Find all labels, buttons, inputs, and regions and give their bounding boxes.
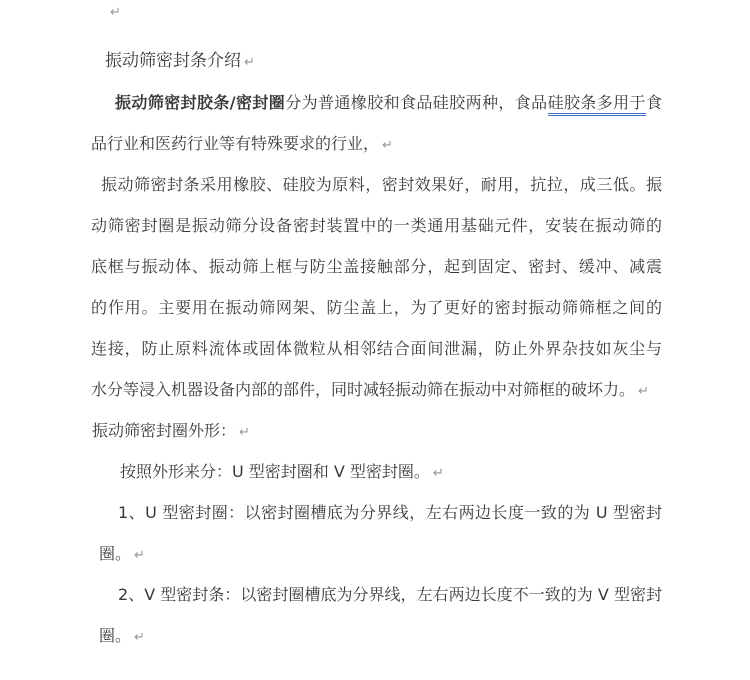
text-segment: 食 <box>646 93 662 112</box>
text-line-empty-line-0: ↵ <box>91 0 662 41</box>
text-line-body-description-5: 水分等浸入机器设备内部的部件，同时减轻振动筛在振动中对筛框的破坏力。↵ <box>91 369 662 410</box>
text-segment: 底框与振动体、振动筛上框与防尘盖接触部分，起到固定、密封、缓冲、减震 <box>91 257 662 276</box>
paragraph-mark-icon: ↵ <box>134 630 145 645</box>
paragraph-mark-icon: ↵ <box>638 384 649 399</box>
text-line-body-description-0: 振动筛密封条采用橡胶、硅胶为原料，密封效果好，耐用，抗拉，成三低。振 <box>91 164 662 205</box>
text-line-shape-classification-0: 按照外形来分：U 型密封圈和 V 型密封圈。↵ <box>91 451 662 492</box>
paragraph-mark-icon: ↵ <box>134 548 145 563</box>
text-line-v-type-1: 圈。↵ <box>91 615 662 656</box>
text-segment: 振动筛密封条介绍 <box>105 51 241 71</box>
text-line-u-type-1: 圈。↵ <box>91 533 662 574</box>
text-line-v-type-0: 2、V 型密封条：以密封圈槽底为分界线，左右两边长度不一致的为 V 型密封 <box>91 574 662 615</box>
text-segment: 振动筛密封条采用橡胶、硅胶为原料，密封效果好，耐用，抗拉，成三低。振 <box>101 175 662 194</box>
paragraph-mark-icon: ↵ <box>433 466 444 481</box>
text-segment: 按照外形来分：U 型密封圈和 V 型密封圈。 <box>120 462 430 481</box>
text-segment: 2、V 型密封条：以密封圈槽底为分界线，左右两边长度不一致的为 V 型密封 <box>118 585 662 604</box>
paragraph-mark-icon: ↵ <box>239 425 250 440</box>
text-line-body-description-4: 连接，防止原料流体或固体微粒从相邻结合面间泄漏，防止外界杂技如灰尘与 <box>91 328 662 369</box>
text-segment: 动筛密封圈是振动筛分设备密封装置中的一类通用基础元件，安装在振动筛的 <box>91 216 662 235</box>
document-page[interactable]: ↵振动筛密封条介绍↵振动筛密封胶条/密封圈分为普通橡胶和食品硅胶两种，食品硅胶条… <box>91 0 662 656</box>
paragraph-mark-icon: ↵ <box>382 138 393 153</box>
text-segment: 的作用。主要用在振动筛网架、防尘盖上，为了更好的密封振动筛筛框之间的 <box>91 298 662 317</box>
underlined-keyword-link[interactable]: 硅胶条多用于 <box>548 93 646 116</box>
paragraph-mark-icon: ↵ <box>244 55 255 70</box>
text-line-intro-0: 振动筛密封胶条/密封圈分为普通橡胶和食品硅胶两种，食品硅胶条多用于食 <box>91 82 662 123</box>
text-segment: 振动筛密封圈外形： <box>92 421 236 440</box>
text-segment: 圈。 <box>99 626 131 645</box>
text-segment: 分为普通橡胶和食品硅胶两种，食品 <box>285 93 547 112</box>
text-line-u-type-0: 1、U 型密封圈：以密封圈槽底为分界线，左右两边长度一致的为 U 型密封 <box>91 492 662 533</box>
paragraph-mark-icon: ↵ <box>110 5 121 20</box>
text-line-body-description-1: 动筛密封圈是振动筛分设备密封装置中的一类通用基础元件，安装在振动筛的 <box>91 205 662 246</box>
text-segment: 1、U 型密封圈：以密封圈槽底为分界线，左右两边长度一致的为 U 型密封 <box>118 503 662 522</box>
text-line-shape-title-0: 振动筛密封圈外形：↵ <box>91 410 662 451</box>
text-line-heading-0: 振动筛密封条介绍↵ <box>91 41 662 82</box>
text-segment: 连接，防止原料流体或固体微粒从相邻结合面间泄漏，防止外界杂技如灰尘与 <box>91 339 662 358</box>
text-line-body-description-2: 底框与振动体、振动筛上框与防尘盖接触部分，起到固定、密封、缓冲、减震 <box>91 246 662 287</box>
text-segment: 圈。 <box>99 544 131 563</box>
text-line-body-description-3: 的作用。主要用在振动筛网架、防尘盖上，为了更好的密封振动筛筛框之间的 <box>91 287 662 328</box>
bold-text: 振动筛密封胶条/密封圈 <box>115 93 285 112</box>
text-line-intro-1: 品行业和医药行业等有特殊要求的行业，↵ <box>91 123 662 164</box>
text-segment: 品行业和医药行业等有特殊要求的行业， <box>91 134 379 153</box>
text-segment: 水分等浸入机器设备内部的部件，同时减轻振动筛在振动中对筛框的破坏力。 <box>91 380 635 399</box>
